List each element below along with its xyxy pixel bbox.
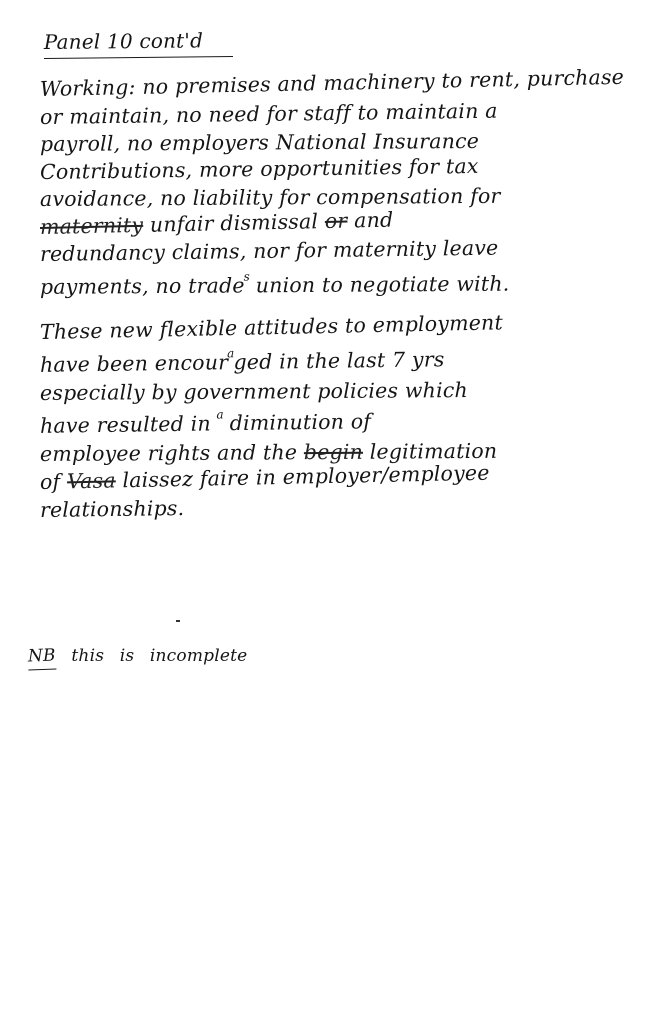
struck-word: begin — [304, 439, 363, 463]
text-segment: union to negotiate with. — [249, 271, 510, 297]
text-segment: especially by government policies which — [40, 378, 468, 405]
text-segment: Working: no premises and machinery to re… — [40, 65, 625, 101]
text-segment: Contributions, more opportunities for ta… — [40, 153, 479, 183]
text-segment: or maintain, no need for staff to mainta… — [40, 98, 498, 128]
text-segment: unfair dismissal — [143, 209, 325, 237]
text-segment: redundancy claims, nor for maternity lea… — [40, 236, 499, 266]
text-segment: ged in the last 7 yrs — [233, 347, 444, 374]
text-line: have been encouraged in the last 7 yrs — [40, 338, 630, 379]
text-segment: relationships. — [40, 496, 185, 522]
text-segment: diminution of — [223, 409, 372, 435]
text-segment: payroll, no employers National Insurance — [40, 129, 479, 156]
text-segment: have been encour — [40, 350, 228, 377]
note-text: this is incomplete — [71, 646, 247, 666]
note-label: NB — [28, 646, 57, 671]
text-segment: employee rights and the — [40, 440, 304, 466]
struck-word: or — [325, 208, 348, 232]
text-segment: and — [347, 207, 393, 232]
text-segment: payments, no trade — [40, 273, 245, 298]
caret-insertion: a — [228, 350, 234, 374]
text-line: payments, no trades union to negotiate w… — [40, 264, 630, 300]
manuscript-page: Panel 10 cont'd Working: no premises and… — [0, 0, 672, 1024]
paragraph-2: These new flexible attitudes to employme… — [40, 318, 630, 524]
stray-ink-mark — [176, 620, 180, 622]
paragraph-1: Working: no premises and machinery to re… — [40, 76, 630, 301]
struck-word: Vasa — [67, 468, 116, 493]
page-title: Panel 10 cont'd — [44, 28, 234, 59]
caret-insertion: s — [245, 273, 250, 297]
struck-word: maternity — [40, 212, 144, 238]
caret-insertion: a — [217, 411, 223, 435]
text-segment: have resulted in — [40, 411, 218, 437]
text-segment: of — [40, 469, 68, 494]
text-segment: These new flexible attitudes to employme… — [40, 310, 503, 344]
note: NB this is incomplete — [28, 646, 247, 670]
text-segment: laissez faire in employer/employee — [115, 460, 489, 492]
page-title-text: Panel 10 cont'd — [44, 28, 203, 54]
